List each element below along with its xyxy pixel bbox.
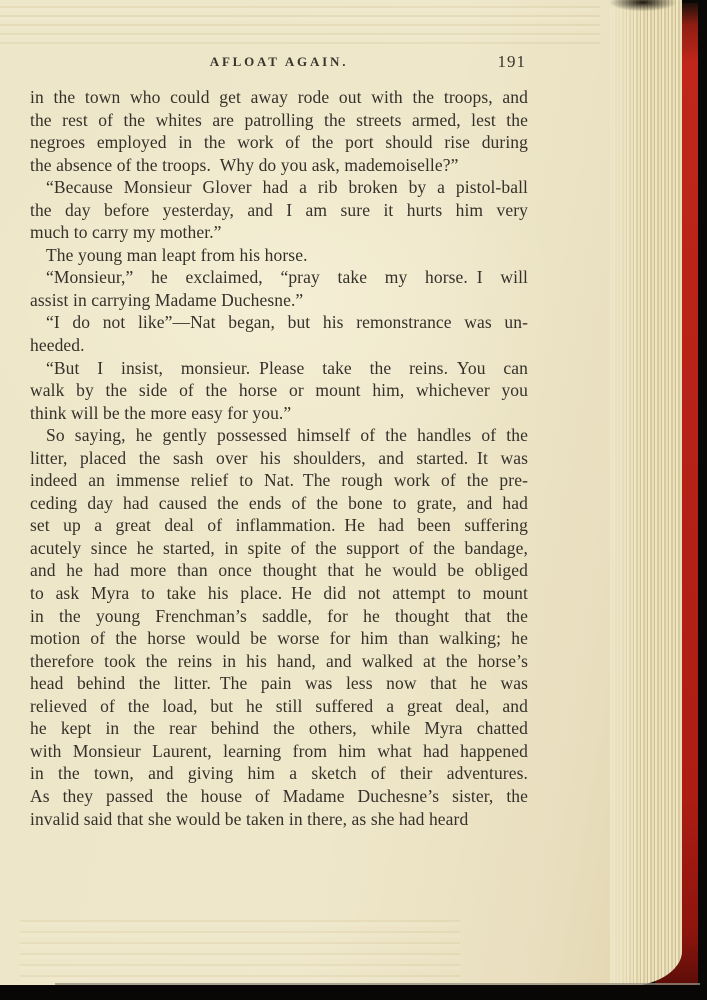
text-line: relieved of the load, but he still suffe…	[30, 695, 528, 718]
bottom-shadow-band	[0, 985, 707, 1000]
text-line: motion of the horse would be worse for h…	[30, 627, 528, 650]
page-content: AFLOAT AGAIN. 191 in the town who could …	[30, 54, 528, 76]
page-header: AFLOAT AGAIN. 191	[30, 54, 528, 76]
text-line: think will be the more easy for you.”	[30, 402, 528, 425]
text-line: So saying, he gently possessed himself o…	[30, 424, 528, 447]
text-line: the absence of the troops. Why do you as…	[30, 154, 528, 177]
text-line: he kept in the rear behind the others, w…	[30, 717, 528, 740]
background-strip	[698, 0, 707, 1000]
text-line: “But I insist, monsieur. Please take the…	[30, 357, 528, 380]
text-line: negroes employed in the work of the port…	[30, 131, 528, 154]
text-line: and he had more than once thought that h…	[30, 559, 528, 582]
text-line: “I do not like”—Nat began, but his remon…	[30, 311, 528, 334]
book-page: AFLOAT AGAIN. 191 in the town who could …	[0, 0, 682, 987]
text-line: heeded.	[30, 334, 528, 357]
text-line: indeed an immense relief to Nat. The rou…	[30, 469, 528, 492]
text-line: As they passed the house of Madame Duche…	[30, 785, 528, 808]
text-line: ceding day had caused the ends of the bo…	[30, 492, 528, 515]
body-text: in the town who could get away rode out …	[30, 86, 528, 830]
text-line: assist in carrying Madame Duchesne.”	[30, 289, 528, 312]
text-line: head behind the litter. The pain was les…	[30, 672, 528, 695]
book-photo: AFLOAT AGAIN. 191 in the town who could …	[0, 0, 707, 1000]
text-line: set up a great deal of inflammation. He …	[30, 514, 528, 537]
text-line: litter, placed the sash over his shoulde…	[30, 447, 528, 470]
page-edge-streaks-bottom	[20, 920, 460, 982]
text-line: in the young Frenchman’s saddle, for he …	[30, 605, 528, 628]
text-line: the day before yesterday, and I am sure …	[30, 199, 528, 222]
text-line: in the town, and giving him a sketch of …	[30, 762, 528, 785]
page-number: 191	[498, 52, 527, 72]
text-line: to ask Myra to take his place. He did no…	[30, 582, 528, 605]
running-title: AFLOAT AGAIN.	[30, 54, 528, 70]
text-line: “Because Monsieur Glover had a rib broke…	[30, 176, 528, 199]
text-line: acutely since he started, in spite of th…	[30, 537, 528, 560]
text-line: The young man leapt from his horse.	[30, 244, 528, 267]
text-line: “Monsieur,” he exclaimed, “pray take my …	[30, 266, 528, 289]
text-line: therefore took the reins in his hand, an…	[30, 650, 528, 673]
page-fore-edge-fade	[610, 0, 652, 987]
text-line: the rest of the whites are patrolling th…	[30, 109, 528, 132]
text-line: walk by the side of the horse or mount h…	[30, 379, 528, 402]
text-line: much to carry my mother.”	[30, 221, 528, 244]
text-line: with Monsieur Laurent, learning from him…	[30, 740, 528, 763]
text-line: invalid said that she would be taken in …	[30, 808, 528, 831]
text-line: in the town who could get away rode out …	[30, 86, 528, 109]
page-edge-streaks-top	[0, 6, 600, 44]
corner-shadow	[598, 0, 682, 18]
